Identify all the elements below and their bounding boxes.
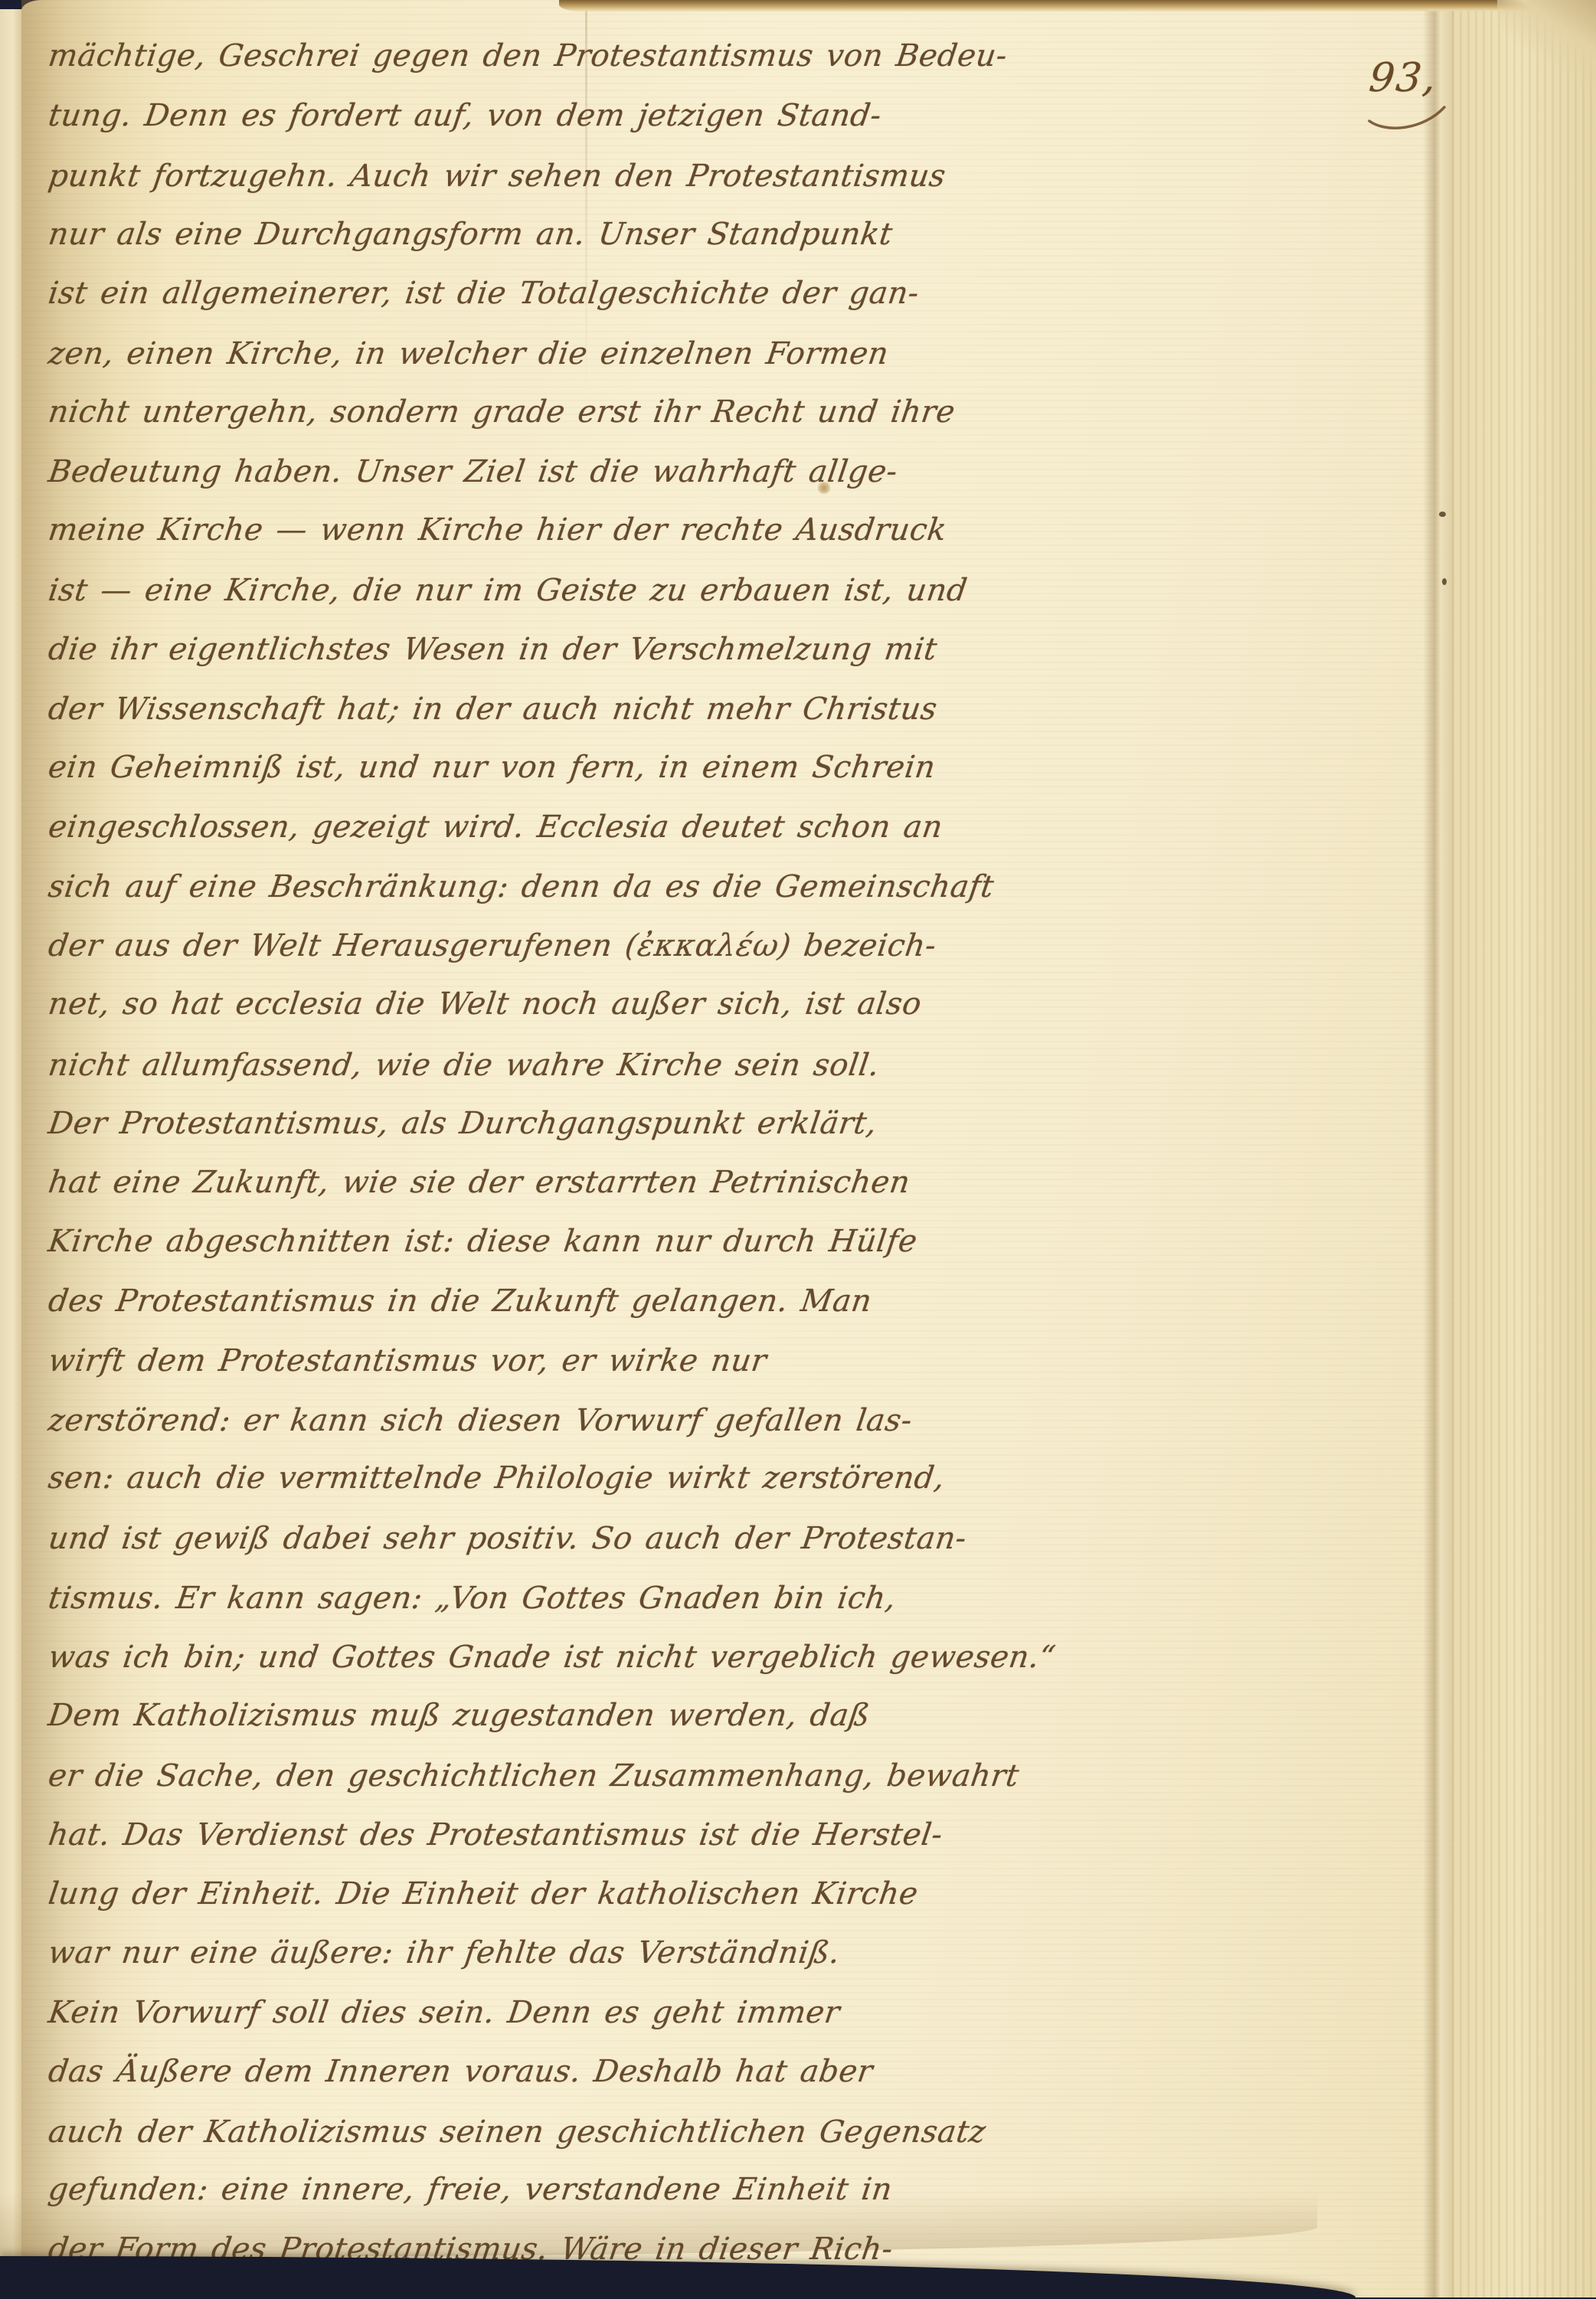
text-line: lung der Einheit. Die Einheit der kathol…: [44, 1865, 957, 1924]
text-line: er die Sache, den geschichtlichen Zusamm…: [44, 1747, 957, 1806]
text-line: meine Kirche — wenn Kirche hier der rech…: [44, 501, 956, 560]
text-line: das Äußere dem Inneren voraus. Deshalb h…: [44, 2042, 957, 2101]
text-line: mächtige, Geschrei gegen den Protestanti…: [44, 27, 956, 86]
text-line: Der Protestantismus, als Durchgangspunkt…: [44, 1094, 957, 1153]
text-line: ist ein allgemeinerer, ist die Totalgesc…: [44, 264, 956, 323]
text-line: die ihr eigentlichstes Wesen in der Vers…: [44, 620, 957, 679]
flourish-swash-icon: [1365, 103, 1450, 133]
text-line: des Protestantismus in die Zukunft gelan…: [44, 1272, 957, 1331]
text-line: der Wissenschaft hat; in der auch nicht …: [44, 680, 957, 739]
previous-page-edge: [0, 9, 23, 2261]
handwritten-text-block: mächtige, Geschrei gegen den Protestanti…: [44, 28, 948, 2280]
text-line: tung. Denn es fordert auf, von dem jetzi…: [44, 87, 957, 146]
text-line: Dem Katholizismus muß zugestanden werden…: [44, 1686, 956, 1745]
text-line: und ist gewiß dabei sehr positiv. So auc…: [44, 1509, 957, 1568]
text-line: Kirche abgeschnitten ist: diese kann nur…: [44, 1212, 956, 1271]
ink-speck: [1439, 512, 1446, 517]
text-line: eingeschlossen, gezeigt wird. Ecclesia d…: [44, 798, 957, 857]
corner-fold: [1497, 0, 1596, 92]
text-line: sen: auch die vermittelnde Philologie wi…: [44, 1449, 956, 1508]
book-block-edge: [1452, 0, 1596, 2297]
text-line: Bedeutung haben. Unser Ziel ist die wahr…: [44, 443, 957, 502]
text-line: gefunden: eine innere, freie, verstanden…: [44, 2160, 956, 2219]
manuscript-page: mächtige, Geschrei gegen den Protestanti…: [21, 0, 1452, 2297]
text-line: nicht allumfassend, wie die wahre Kirche…: [44, 1036, 957, 1095]
text-line: tismus. Er kann sagen: „Von Gottes Gnade…: [44, 1569, 957, 1628]
text-line: Kein Vorwurf soll dies sein. Denn es geh…: [44, 1983, 957, 2042]
text-line: punkt fortzugehn. Auch wir sehen den Pro…: [44, 147, 957, 206]
text-line: wirft dem Protestantismus vor, er wirke …: [44, 1332, 957, 1391]
page-number-text: 93,: [1367, 55, 1440, 101]
page-fore-edge: [1423, 0, 1454, 2297]
page-number: 93,: [1369, 55, 1461, 139]
text-line: nicht untergehn, sondern grade erst ihr …: [44, 383, 957, 442]
text-line: hat. Das Verdienst des Protestantismus i…: [44, 1806, 957, 1865]
text-line: zerstörend: er kann sich diesen Vorwurf …: [44, 1391, 957, 1450]
text-line: auch der Katholizismus seinen geschichtl…: [44, 2103, 957, 2162]
text-line: zen, einen Kirche, in welcher die einzel…: [44, 325, 957, 384]
text-line: ist — eine Kirche, die nur im Geiste zu …: [44, 561, 957, 620]
text-line: was ich bin; und Gottes Gnade ist nicht …: [44, 1628, 957, 1687]
text-line: ein Geheimniß ist, und nur von fern, in …: [44, 738, 956, 797]
ink-speck: [1442, 578, 1447, 585]
text-line: der aus der Welt Herausgerufenen (ἐκκαλέ…: [44, 917, 957, 976]
manuscript-scan: mächtige, Geschrei gegen den Protestanti…: [0, 0, 1596, 2297]
text-line: sich auf eine Beschränkung: denn da es d…: [44, 858, 957, 917]
text-line: war nur eine äußere: ihr fehlte das Vers…: [44, 1924, 956, 1983]
text-line: hat eine Zukunft, wie sie der erstarrten…: [44, 1153, 957, 1212]
text-line: nur als eine Durchgangsform an. Unser St…: [44, 205, 957, 264]
page-top-edge: [559, 0, 1596, 12]
text-line: net, so hat ecclesia die Welt noch außer…: [44, 975, 956, 1034]
